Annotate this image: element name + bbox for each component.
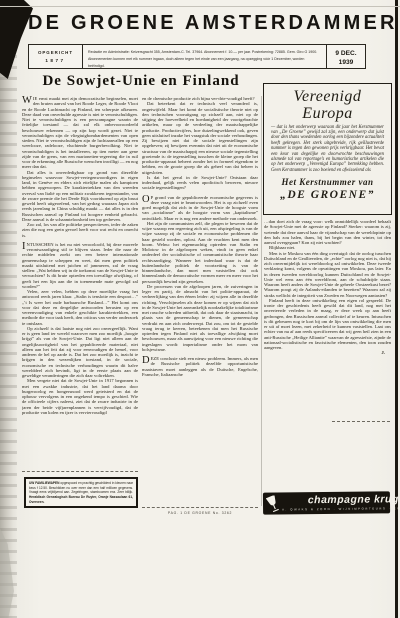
- champagne-ad-subline: A. QWAKS & ZOON · WIJNIMPORTEURS · EINDH…: [282, 506, 400, 511]
- founded-year: 1877: [29, 58, 82, 63]
- paragraph: De processen van de afgeloopen jaren, de…: [142, 284, 258, 352]
- column-divider-rule: [261, 96, 262, 506]
- paragraph: Finland heeft in deze ontwikkeling een e…: [264, 298, 391, 351]
- paragraph: Men vergete niet dat de Sowjet-Unie in 1…: [22, 378, 138, 415]
- paragraph: …dan doet zich de vraag voor: welk onmid…: [264, 219, 391, 245]
- paragraph: DEZE conclusie stelt een nieuw probleem.…: [142, 356, 258, 377]
- kerstnummer-ad-footer-line1: Het Kerstnummer van: [271, 177, 384, 187]
- paragraph: WIE ernst maakt met zijn democratische b…: [22, 96, 138, 170]
- familiewapen-ad: UW FAMILIEWAPEN opgespoord en prachtig g…: [24, 477, 138, 508]
- paragraph: Zoo zal, los van alle politieke perspect…: [22, 222, 138, 238]
- author-signature: J.: [264, 350, 391, 355]
- paragraph: Het zijn de communisten zelf, die plegen…: [142, 221, 258, 284]
- article-headline: De Sowjet-Unie en Finland: [22, 73, 260, 90]
- kerstnummer-ad-title: Vereenigd Europa: [271, 88, 384, 122]
- paragraph: Op zichzelf is dat laatste nog niet zoo …: [22, 326, 138, 379]
- drop-cap: W: [22, 96, 33, 105]
- end-of-column-dashed-rule: [22, 471, 138, 472]
- drop-cap: O: [142, 195, 151, 204]
- drop-cap: D: [142, 356, 151, 365]
- familiewapen-ad-lead: UW FAMILIEWAPEN: [29, 481, 59, 485]
- champagne-ad-name: champagne krug: [282, 494, 400, 506]
- article-column-1: WIE ernst maakt met zijn democratische b…: [22, 96, 138, 470]
- issue-date: 9 DEC. 1939: [327, 45, 365, 68]
- scan-edge-left-artifact: [0, 0, 17, 618]
- champagne-glass-icon: [266, 495, 280, 512]
- newspaper-title: DE GROENE AMSTERDAMMER: [28, 12, 366, 35]
- scan-edge-right-line: [395, 0, 398, 618]
- kerstnummer-ad-body: — dat is het onderwerp waaraan dit jaar …: [271, 125, 384, 174]
- founded-cell: OPGERICHT 1877: [29, 45, 83, 68]
- paragraph: INTUSSCHEN is het nu niet veroorloofd, b…: [22, 242, 138, 289]
- masthead-infobar: OPGERICHT 1877 Redactie en Administratie…: [28, 44, 366, 69]
- page-top-hairline: [0, 6, 400, 7]
- champagne-ad-banner: champagne krug A. QWAKS & ZOON · WIJNIMP…: [263, 491, 390, 514]
- paragraph: OP grond van de gepubliceerde economisch…: [142, 195, 258, 221]
- paragraph: Dat beteekent dat er technisch veel vera…: [142, 101, 258, 175]
- article-column-2: en de chemische productie zich bijna ver…: [142, 96, 258, 505]
- champagne-ad-text: champagne krug A. QWAKS & ZOON · WIJNIMP…: [282, 494, 400, 511]
- kerstnummer-ad-box: Vereenigd Europa — dat is het onderwerp …: [263, 83, 392, 215]
- newspaper-page: DE GROENE AMSTERDAMMER OPGERICHT 1877 Re…: [0, 0, 400, 618]
- footer-dashed-rule: [142, 507, 258, 508]
- issue-date-year: 1939: [327, 58, 365, 67]
- page-footer: PAG. 1 DE GROENE No. 3262: [142, 511, 258, 515]
- ad-section-dashed-rule: [332, 421, 390, 422]
- paragraph: Velen, zeer velen, hebben op deze moeili…: [22, 289, 138, 326]
- familiewapen-ad-agency: Heraldisch Genealogisch Bureau De Ruyter…: [29, 495, 133, 504]
- paragraph: Men is te Moskou van één ding overtuigd:…: [264, 251, 391, 298]
- paragraph: Dat alles is onverdedigbaar op grond van…: [22, 170, 138, 223]
- kerstnummer-ad-footer-line2: „DE GROENE”: [271, 189, 384, 201]
- founded-label: OPGERICHT: [29, 50, 82, 55]
- issue-date-day: 9 DEC.: [327, 49, 365, 58]
- administration-info-line1: Redactie en Administratie: Keizersgracht…: [88, 49, 321, 56]
- administration-info: Redactie en Administratie: Keizersgracht…: [83, 45, 327, 68]
- administration-info-line2: Abonnementen kunnen met elk nummer ingaa…: [88, 56, 321, 70]
- paragraph: Is dat het geval in de Sowjet-Unie? Onts…: [142, 175, 258, 191]
- article-column-3: …dan doet zich de vraag voor: welk onmid…: [264, 219, 391, 483]
